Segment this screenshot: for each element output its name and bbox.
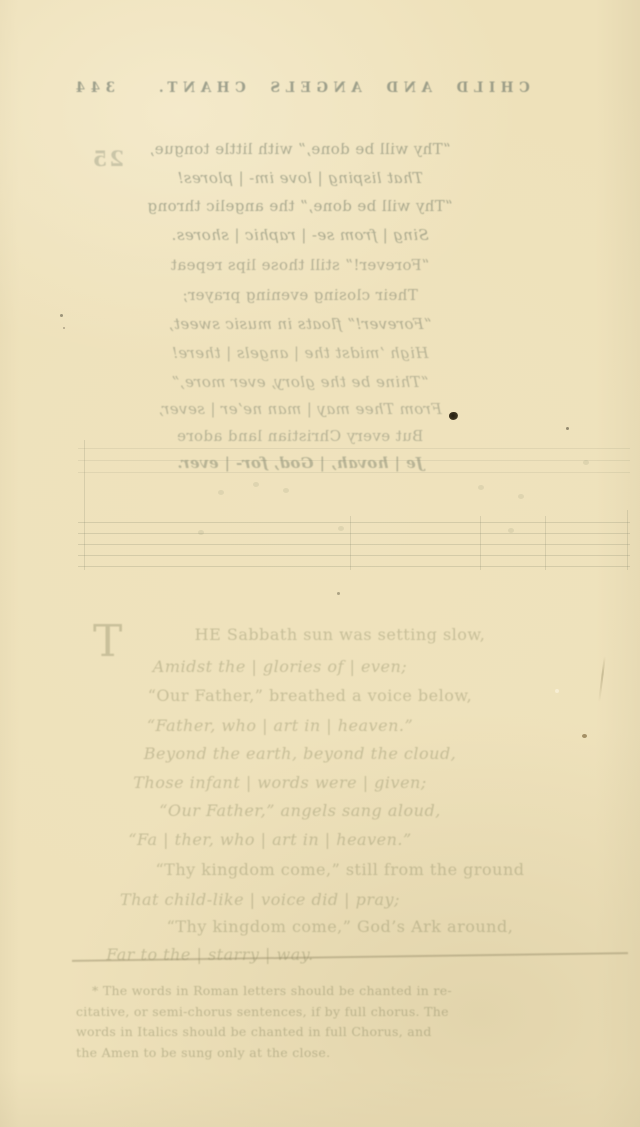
verse-line: But every Christian land adore xyxy=(0,427,620,445)
paper-speck xyxy=(566,427,569,430)
music-note-blob xyxy=(583,460,589,465)
verse-line: “Forever!” floats in music sweet, xyxy=(0,315,620,333)
footnote-line: the Amen to be sung only at the close. xyxy=(76,1043,628,1064)
music-staff-line xyxy=(78,566,630,567)
music-staff-line xyxy=(78,472,630,473)
music-note-blob xyxy=(253,482,259,487)
hymn-line: Amidst the | glories of | even; xyxy=(0,657,600,676)
music-note-blob xyxy=(283,488,289,493)
verse-line: Sing | from se- | raphic | shores. xyxy=(0,226,620,244)
paper-scratch xyxy=(598,656,606,702)
hymn-line: “Our Father,” angels sang aloud, xyxy=(0,801,620,820)
music-barline xyxy=(350,516,351,570)
music-note-blob xyxy=(508,528,514,533)
footnote-line: words in Italics should be chanted in fu… xyxy=(76,1022,628,1043)
music-staff-line xyxy=(78,460,630,461)
dropcap-initial: T xyxy=(93,620,122,664)
music-staff-line xyxy=(78,522,630,523)
music-barline xyxy=(84,440,85,570)
verse-line: Their closing evening prayer; xyxy=(0,286,620,304)
verse-line: That lisping | love im- | plores! xyxy=(0,169,620,187)
verse-line: “Forever!” still those lips repeat xyxy=(0,256,620,274)
verse-line: “Thy will be done,” the angelic throng xyxy=(0,197,620,215)
music-note-blob xyxy=(338,526,344,531)
music-note-blob xyxy=(218,490,224,495)
hymn-line: “Our Father,” breathed a voice below, xyxy=(0,686,630,705)
running-header-mirrored: CHILD AND ANGELS CHANT. 344 xyxy=(0,80,620,96)
paper-fleck xyxy=(555,689,559,693)
verse-line: Je | hovah, | God, for- | ever. xyxy=(0,454,620,472)
music-note-blob xyxy=(198,530,204,535)
verse-line: “Thy will be done,” with little tongue, xyxy=(0,140,620,158)
footnote-line: citative, or semi-chorus sentences, if b… xyxy=(76,1002,628,1023)
running-header-text: CHILD AND ANGELS CHANT. xyxy=(153,80,529,96)
scanned-page: CHILD AND ANGELS CHANT. 344 25 “Thy will… xyxy=(0,0,640,1127)
faded-print-layer: T HE Sabbath sun was setting slow, Amids… xyxy=(0,0,640,1127)
verse-line: “Thine be the glory, ever more,” xyxy=(0,373,620,391)
ghost-music-staff xyxy=(78,430,630,580)
paper-speck xyxy=(582,734,587,738)
hymn-line: HE Sabbath sun was setting slow, xyxy=(20,625,640,644)
music-staff-line xyxy=(78,544,630,545)
bleedthrough-layer: CHILD AND ANGELS CHANT. 344 25 “Thy will… xyxy=(0,0,640,1127)
music-barline xyxy=(627,510,628,570)
hymn-line: Far to the | starry | way. xyxy=(0,945,530,964)
footnote-divider xyxy=(72,952,628,962)
music-staff-line xyxy=(78,555,630,556)
footnote-line: * The words in Roman letters should be c… xyxy=(76,981,628,1002)
paper-speck xyxy=(63,327,65,329)
music-barline xyxy=(480,516,481,570)
hymn-line: That child-like | voice did | pray; xyxy=(0,890,580,909)
hymn-line: “Father, who | art in | heaven.” xyxy=(0,716,600,735)
music-staff-line xyxy=(78,448,630,449)
hymn-line: Beyond the earth, beyond the cloud, xyxy=(0,744,620,763)
music-staff-line xyxy=(78,533,630,534)
music-barline xyxy=(545,516,546,570)
verse-line: From Thee may | man ne’er | sever, xyxy=(0,400,620,418)
ink-spot xyxy=(449,412,458,420)
hymn-line: “Thy kingdom come,” still from the groun… xyxy=(20,860,640,879)
page-number: 344 xyxy=(70,80,115,96)
hymn-line: “Thy kingdom come,” God’s Ark around, xyxy=(20,917,640,936)
hymn-line: Those infant | words were | given; xyxy=(0,773,600,792)
music-note-blob xyxy=(478,485,484,490)
hymn-number: 25 xyxy=(64,146,124,171)
hymn-line: “Fa | ther, who | art in | heaven.” xyxy=(0,830,590,849)
paper-speck xyxy=(60,314,63,317)
footnote: * The words in Roman letters should be c… xyxy=(76,981,628,1063)
music-note-blob xyxy=(518,494,524,499)
verse-line: High ’midst the | angels | there! xyxy=(0,344,620,362)
paper-speck xyxy=(337,592,340,595)
